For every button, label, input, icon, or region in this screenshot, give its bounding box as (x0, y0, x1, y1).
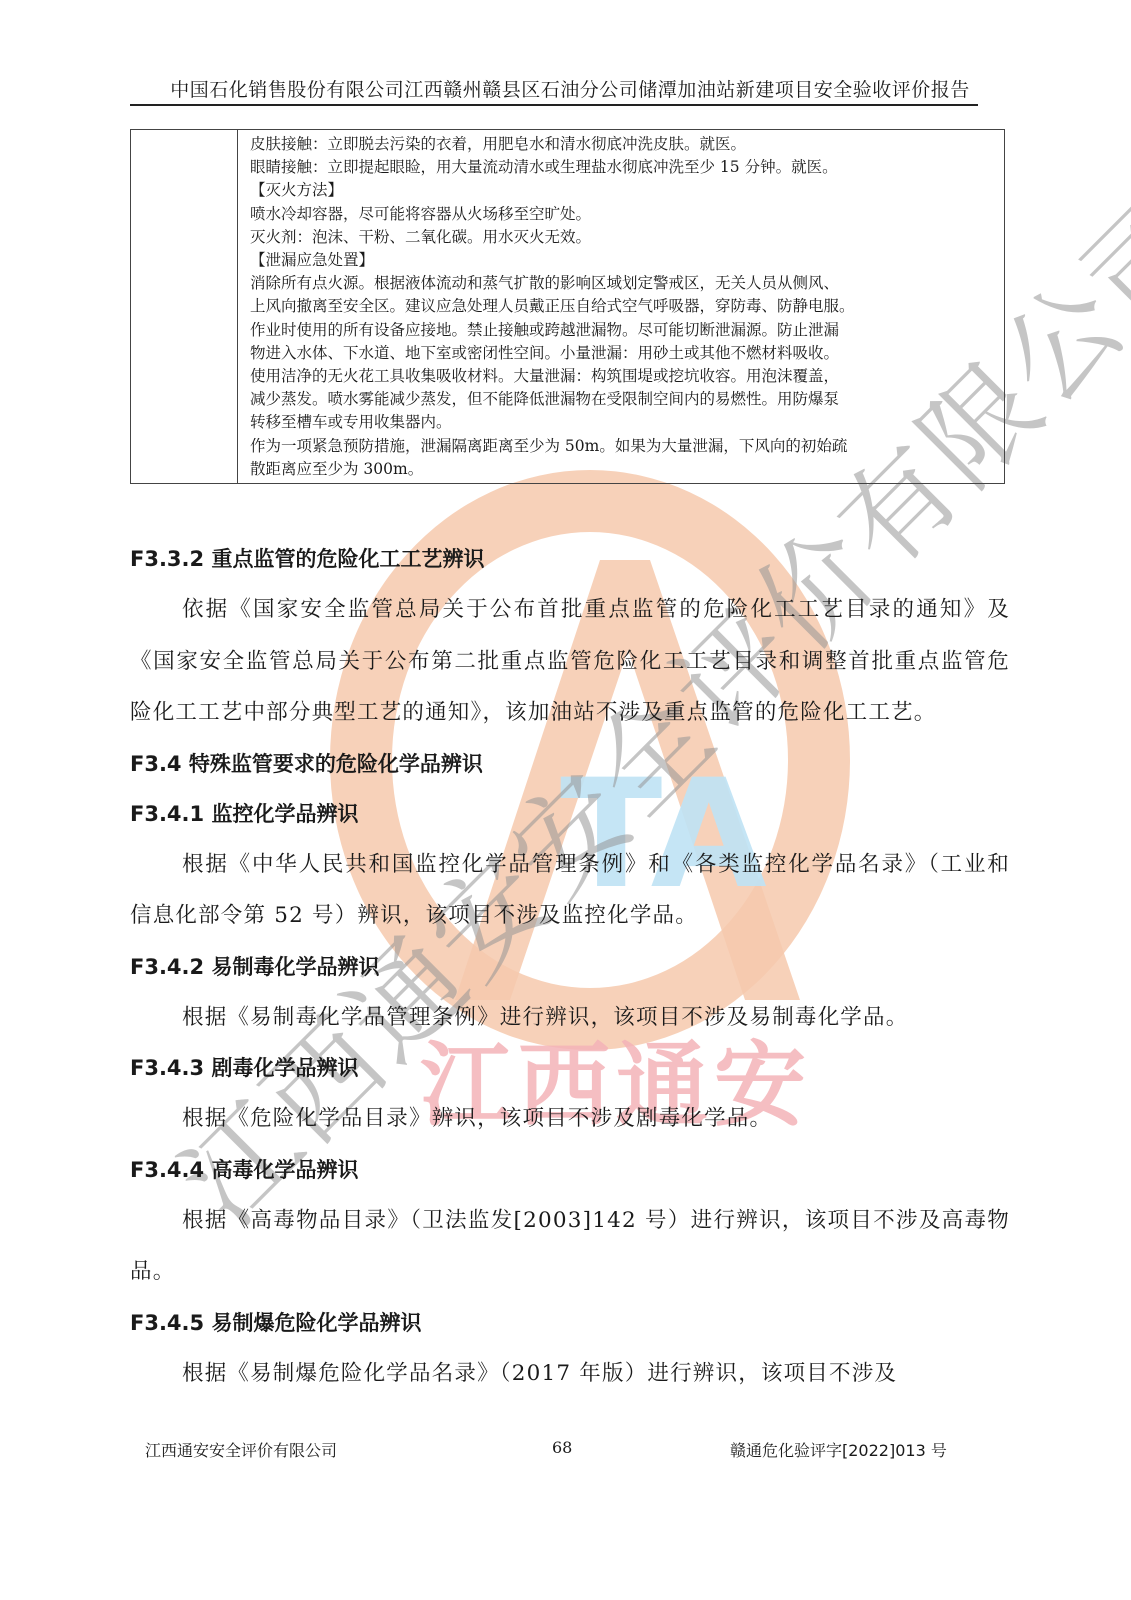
msds-line: 物进入水体、下水道、地下室或密闭性空间。小量泄漏：用砂土或其他不燃材料吸收。 (250, 342, 996, 365)
msds-line: 喷水冷却容器，尽可能将容器从火场移至空旷处。 (250, 203, 996, 226)
section-paragraph-f3-4-5: 根据《易制爆危险化学品名录》（2017 年版）进行辨识，该项目不涉及 (130, 1348, 1010, 1400)
section-heading-f3-4-2: F3.4.2 易制毒化学品辨识 (130, 942, 1010, 992)
section-heading-f3-4-3: F3.4.3 剧毒化学品辨识 (130, 1043, 1010, 1093)
table-row: 皮肤接触：立即脱去污染的衣着，用肥皂水和清水彻底冲洗皮肤。就医。 眼睛接触：立即… (131, 130, 1005, 484)
msds-line: 散距离应至少为 300m。 (250, 458, 996, 481)
msds-line: 转移至槽车或专用收集器内。 (250, 411, 996, 434)
section-paragraph-f3-4-3: 根据《危险化学品目录》辨识，该项目不涉及剧毒化学品。 (130, 1093, 1010, 1145)
msds-line: 上风向撤离至安全区。建议应急处理人员戴正压自给式空气呼吸器，穿防毒、防静电服。 (250, 295, 996, 318)
section-heading-f3-4: F3.4 特殊监管要求的危险化学品辨识 (130, 739, 1010, 789)
msds-subheading-fire-fighting: 【灭火方法】 (250, 179, 996, 202)
section-paragraph-f3-4-4: 根据《高毒物品目录》（卫法监发[2003]142 号）进行辨识，该项目不涉及高毒… (130, 1195, 1010, 1298)
msds-line-skin-contact: 皮肤接触：立即脱去污染的衣着，用肥皂水和清水彻底冲洗皮肤。就医。 (250, 133, 996, 156)
section-paragraph-f3-3-2: 依据《国家安全监管总局关于公布首批重点监管的危险化工工艺目录的通知》及《国家安全… (130, 584, 1010, 739)
footer-doc-number: 赣通危化验评字[2022]013 号 (730, 1438, 947, 1461)
page-header-title: 中国石化销售股份有限公司江西赣州赣县区石油分公司储潭加油站新建项目安全验收评价报… (130, 75, 1010, 102)
footer-company: 江西通安安全评价有限公司 (145, 1438, 337, 1461)
section-paragraph-f3-4-1: 根据《中华人民共和国监控化学品管理条例》和《各类监控化学品名录》（工业和信息化部… (130, 839, 1010, 942)
msds-line-eye-contact: 眼睛接触：立即提起眼睑，用大量流动清水或生理盐水彻底冲洗至少 15 分钟。就医。 (250, 156, 996, 179)
section-heading-f3-3-2: F3.3.2 重点监管的危险化工工艺辨识 (130, 534, 1010, 584)
section-heading-f3-4-4: F3.4.4 高毒化学品辨识 (130, 1145, 1010, 1195)
section-heading-f3-4-1: F3.4.1 监控化学品辨识 (130, 789, 1010, 839)
footer-page-number: 68 (552, 1438, 572, 1457)
msds-line: 灭火剂：泡沫、干粉、二氧化碳。用水灭火无效。 (250, 226, 996, 249)
msds-line: 使用洁净的无火花工具收集吸收材料。大量泄漏：构筑围堤或挖坑收容。用泡沫覆盖， (250, 365, 996, 388)
msds-line: 作业时使用的所有设备应接地。禁止接触或跨越泄漏物。尽可能切断泄漏源。防止泄漏 (250, 319, 996, 342)
msds-table: 皮肤接触：立即脱去污染的衣着，用肥皂水和清水彻底冲洗皮肤。就医。 眼睛接触：立即… (130, 129, 1005, 484)
table-content-cell: 皮肤接触：立即脱去污染的衣着，用肥皂水和清水彻底冲洗皮肤。就医。 眼睛接触：立即… (238, 130, 1005, 484)
document-body: F3.3.2 重点监管的危险化工工艺辨识 依据《国家安全监管总局关于公布首批重点… (130, 534, 1010, 1399)
table-label-cell (131, 130, 238, 484)
section-paragraph-f3-4-2: 根据《易制毒化学品管理条例》进行辨识，该项目不涉及易制毒化学品。 (130, 992, 1010, 1044)
msds-line: 减少蒸发。喷水雾能减少蒸发，但不能降低泄漏物在受限制空间内的易燃性。用防爆泵 (250, 388, 996, 411)
msds-line: 作为一项紧急预防措施，泄漏隔离距离至少为 50m。如果为大量泄漏，下风向的初始疏 (250, 435, 996, 458)
header-divider (130, 104, 978, 106)
msds-subheading-leak-response: 【泄漏应急处置】 (250, 249, 996, 272)
msds-line: 消除所有点火源。根据液体流动和蒸气扩散的影响区域划定警戒区，无关人员从侧风、 (250, 272, 996, 295)
section-heading-f3-4-5: F3.4.5 易制爆危险化学品辨识 (130, 1298, 1010, 1348)
